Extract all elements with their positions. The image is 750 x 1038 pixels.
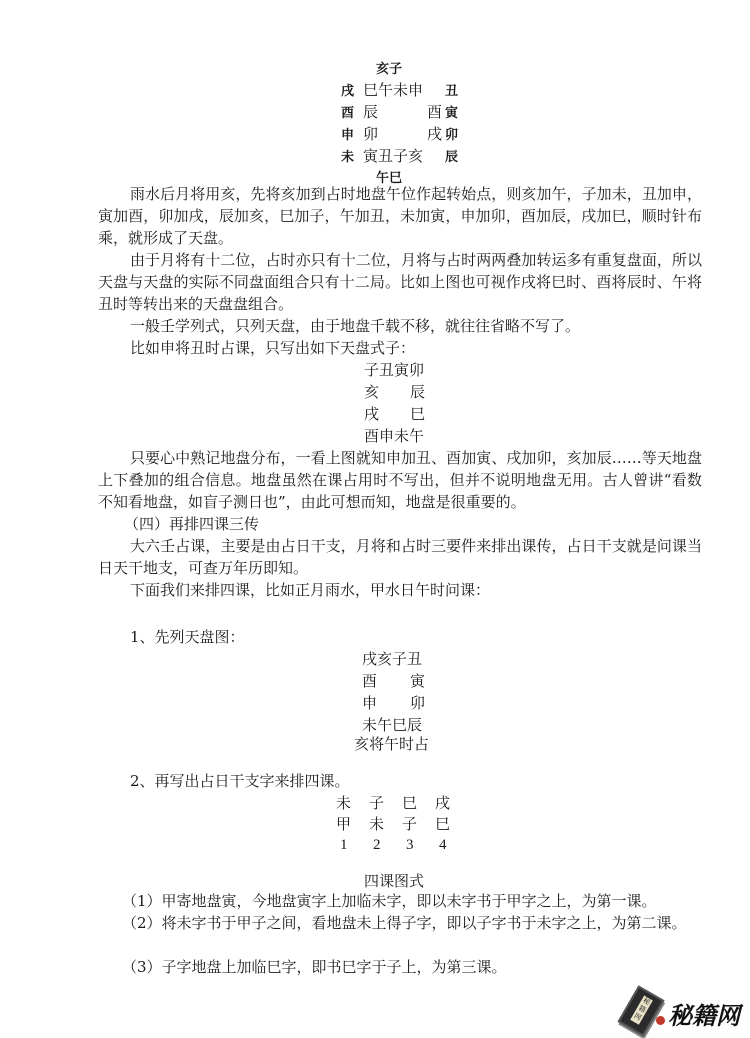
paragraph-4: 比如申将丑时占课，只写出如下天盘式子： [130,337,700,359]
lesson-top-3: 巳 [402,792,435,814]
lesson-bottom-2: 未 [369,813,402,835]
four-lessons-top-row: 未子巳戌 [336,792,468,814]
diagram1-row4-inner: 寅丑子亥 [363,146,445,167]
watermark-text: 秘籍网 [668,996,740,1031]
diagram1-row1-left: 戌 [341,81,363,102]
diagram1-row-3: 申卯戌卯 [341,124,458,146]
diagram1-row4-left: 未 [341,147,363,168]
diagram1-row1-inner: 巳午未申 [363,80,445,101]
diagram2-row-1: 子丑寅卯 [364,359,424,381]
paragraph-1: 雨水后月将用亥，先将亥加到占时地盘午位作起转始点，则亥加午，子加未，丑加申，寅加… [98,183,702,249]
diagram3-caption: 亥将午时占 [354,733,429,755]
diagram1-row4-right: 辰 [445,150,458,165]
diagram3-row3-left: 申 [362,692,410,714]
diagram2-row3-right: 巳 [410,405,425,423]
lesson-bottom-4: 巳 [435,813,468,835]
lesson-number-3: 3 [406,834,439,856]
lesson-bottom-1: 甲 [336,813,369,835]
diagram1-row3-inner-left: 卯 [363,124,427,145]
item-1: （1）甲寄地盘寅，今地盘寅字上加临未字，即以未字书于甲字之上，为第一课。 [98,890,702,912]
diagram2-row3-left: 戌 [364,403,410,425]
diagram2-row-4: 酉申未午 [364,425,424,447]
diagram1-row2-inner-right: 酉 [427,102,445,123]
step-1-label: 1、先列天盘图： [130,626,245,648]
lesson-top-4: 戌 [435,792,468,814]
diagram2-row-2: 亥辰 [364,381,425,403]
diagram1-row2-left: 酉 [341,103,363,124]
diagram3-row2-right: 寅 [410,672,425,690]
step-2-label: 2、再写出占日干支字来排四课。 [130,770,350,792]
seal-icon [656,1016,665,1025]
four-lessons-bottom-row: 甲未子巳 [336,813,468,835]
diagram3-row3-right: 卯 [410,694,425,712]
diagram1-row3-right: 卯 [445,128,458,143]
document-page: 亥子 戌巳午未申丑 酉辰酉寅 申卯戌卯 未寅丑子亥辰 午巳 雨水后月将用亥，先将… [0,0,750,1038]
paragraph-3: 一般壬学列式，只列天盘，由于地盘千载不移，就往往省略不写了。 [98,315,702,337]
diagram3-row-1: 戌亥子丑 [362,648,422,670]
diagram3-row2-left: 酉 [362,670,410,692]
diagram3-row-3: 申卯 [362,692,425,714]
diagram2-row-3: 戌巳 [364,403,425,425]
four-lessons-caption: 四课图式 [364,870,424,892]
diagram1-row2-inner-left: 辰 [363,102,427,123]
paragraph-2: 由于月将有十二位，占时亦只有十二位，月将与占时两两叠加转运多有重复盘面，所以天盘… [98,249,702,315]
diagram1-row-1: 戌巳午未申丑 [341,80,458,102]
paragraph-7: 下面我们来排四课，比如正月雨水，甲水日午时问课： [130,579,700,601]
section-heading: （四）再排四课三传 [124,513,259,535]
item-2: （2）将未字书于甲子之间，看地盘未上得子字，即以子字书于未字之上，为第二课。 [98,912,702,934]
diagram2-row2-left: 亥 [364,381,410,403]
item-3: （3）子字地盘上加临巳字，即书巳字于子上，为第三课。 [98,956,702,978]
book-icon: 秘籍网 [618,985,665,1036]
diagram1-top: 亥子 [376,58,402,77]
paragraph-6: 大六壬占课，主要是由占日干支，月将和占时三要件来排出课传，占日干支就是问课当日天… [98,535,702,579]
diagram2-row2-right: 辰 [410,383,425,401]
lesson-top-2: 子 [369,792,402,814]
four-lessons-number-row: 1234 [340,834,472,856]
diagram1-row-4: 未寅丑子亥辰 [341,146,458,168]
diagram1-row-2: 酉辰酉寅 [341,102,458,124]
diagram1-row1-right: 丑 [445,84,458,99]
diagram3-row-2: 酉寅 [362,670,425,692]
watermark-logo: 秘籍网 秘籍网 [618,988,746,1032]
lesson-top-1: 未 [336,792,369,814]
paragraph-5: 只要心中熟记地盘分布，一看上图就知申加丑、酉加寅、戌加卯，亥加辰……等天地盘上下… [98,447,702,513]
book-label: 秘籍网 [630,996,653,1025]
lesson-number-1: 1 [340,834,373,856]
lesson-number-4: 4 [439,834,472,856]
lesson-bottom-3: 子 [402,813,435,835]
lesson-number-2: 2 [373,834,406,856]
diagram1-row3-left: 申 [341,125,363,146]
diagram1-row2-right: 寅 [445,106,458,121]
diagram1-row3-inner-right: 戌 [427,124,445,145]
